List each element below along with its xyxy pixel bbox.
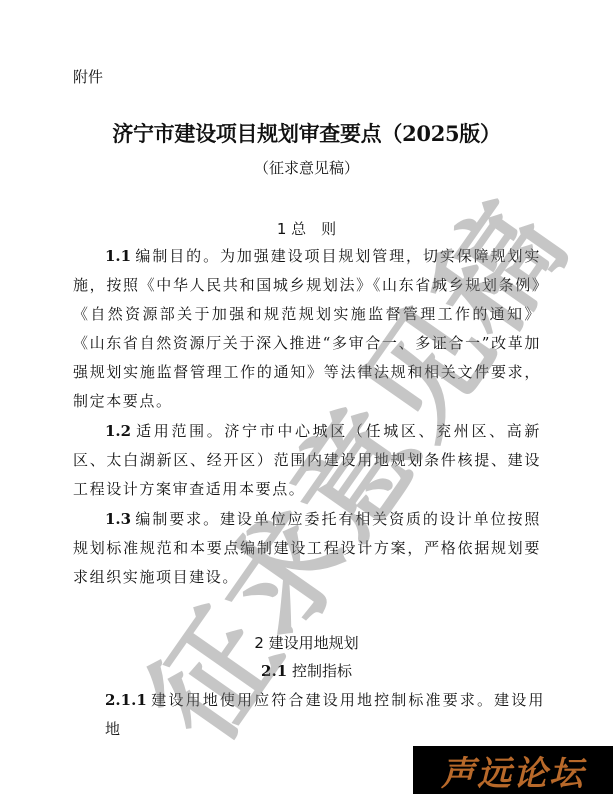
section-heading-2: 2 建设用地规划 xyxy=(0,632,613,653)
document-subtitle: （征求意见稿） xyxy=(0,157,613,178)
subsection-text: 控制指标 xyxy=(292,662,352,680)
paragraph-2-1-1: 2.1.1建设用地使用应符合建设用地控制标准要求。建设用地 xyxy=(105,686,545,744)
paragraph-1-1: 1.1编制目的。为加强建设项目规划管理，切实保障规划实施，按照《中华人民共和国城… xyxy=(73,242,541,416)
forum-logo: 声远论坛 xyxy=(413,746,613,794)
document-page: 附件 济宁市建设项目规划审查要点（2025版） （征求意见稿） 1 总 则 1.… xyxy=(0,0,613,794)
logo-text: 声远论坛 xyxy=(441,746,585,794)
paragraph-number: 1.1 xyxy=(105,247,131,265)
paragraph-number: 1.2 xyxy=(105,422,131,440)
section-heading-1: 1 总 则 xyxy=(0,218,613,239)
paragraph-text: 编制目的。为加强建设项目规划管理，切实保障规划实施，按照《中华人民共和国城乡规划… xyxy=(73,247,541,410)
paragraph-text: 建设用地使用应符合建设用地控制标准要求。建设用地 xyxy=(105,691,545,738)
subsection-number: 2.1 xyxy=(261,662,287,680)
attachment-label: 附件 xyxy=(73,66,103,87)
paragraph-1-2: 1.2适用范围。济宁市中心城区（任城区、兖州区、高新区、太白湖新区、经开区）范围… xyxy=(73,417,541,504)
paragraph-number: 2.1.1 xyxy=(105,691,147,709)
subsection-heading-2-1: 2.1 控制指标 xyxy=(0,660,613,681)
paragraph-text: 适用范围。济宁市中心城区（任城区、兖州区、高新区、太白湖新区、经开区）范围内建设… xyxy=(73,422,541,498)
document-title: 济宁市建设项目规划审查要点（2025版） xyxy=(0,118,613,148)
paragraph-text: 编制要求。建设单位应委托有相关资质的设计单位按照规划标准规范和本要点编制建设工程… xyxy=(73,510,541,586)
paragraph-1-3: 1.3编制要求。建设单位应委托有相关资质的设计单位按照规划标准规范和本要点编制建… xyxy=(73,505,541,592)
paragraph-number: 1.3 xyxy=(105,510,131,528)
